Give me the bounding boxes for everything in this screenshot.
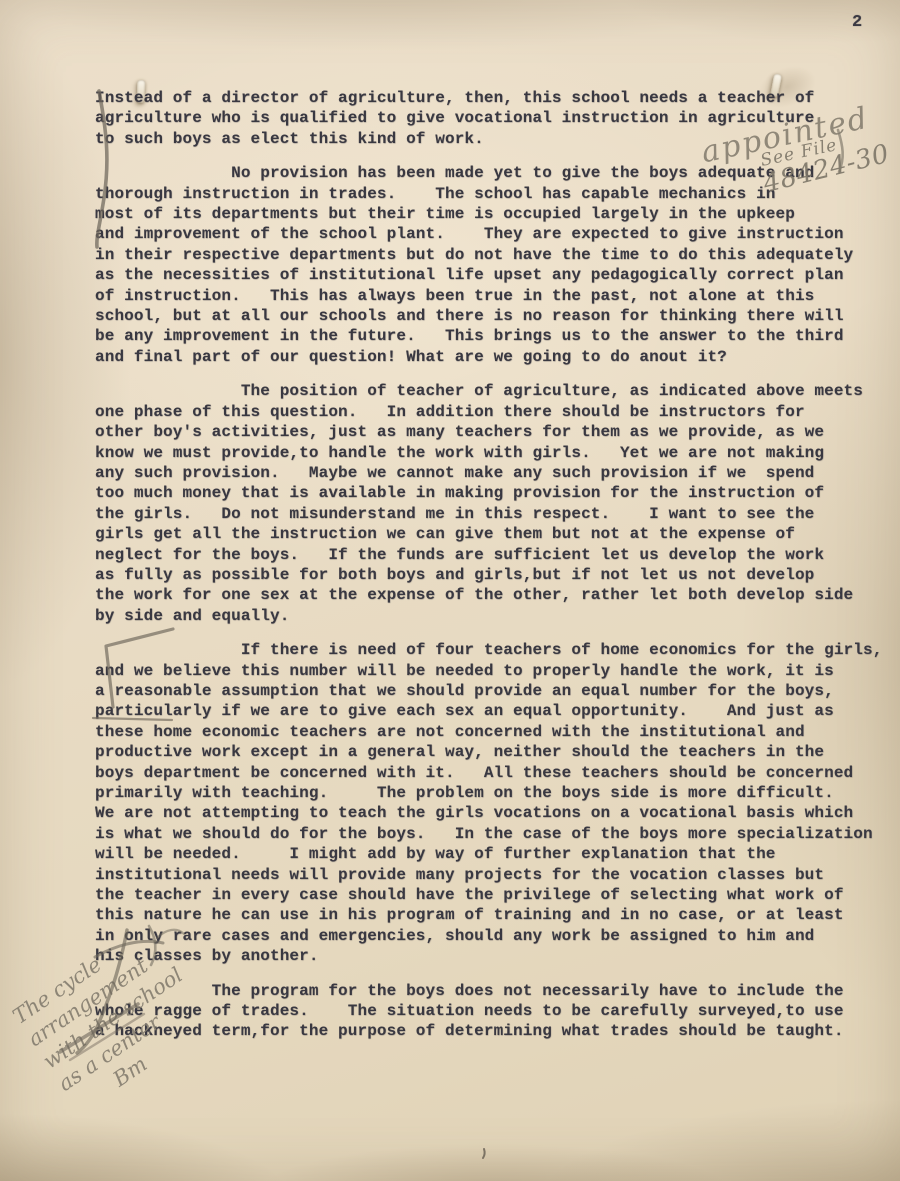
text-line: any such provision. Maybe we cannot make…	[95, 463, 885, 483]
text-line: We are not attempting to teach the girls…	[95, 803, 885, 823]
text-line: will be needed. I might add by way of fu…	[95, 844, 885, 864]
text-line: particularly if we are to give each sex …	[95, 701, 885, 721]
text-line: If there is need of four teachers of hom…	[95, 640, 885, 660]
text-line: and we believe this number will be neede…	[95, 661, 885, 681]
text-line: as fully as possible for both boys and g…	[95, 565, 885, 585]
ink-speck	[483, 1149, 485, 1158]
text-line: school, but at all our schools and there…	[95, 306, 885, 326]
text-line: institutional needs will provide many pr…	[95, 865, 885, 885]
paragraph: The position of teacher of agriculture, …	[95, 381, 885, 626]
text-line: be any improvement in the future. This b…	[95, 326, 885, 346]
text-line: boys department be concerned with it. Al…	[95, 763, 885, 783]
text-line: one phase of this question. In addition …	[95, 402, 885, 422]
text-line: these home economic teachers are not con…	[95, 722, 885, 742]
page-number: 2	[852, 13, 862, 33]
text-line: most of its departments but their time i…	[95, 204, 885, 224]
text-line: in their respective departments but do n…	[95, 245, 885, 265]
text-line: neglect for the boys. If the funds are s…	[95, 545, 885, 565]
text-line: a reasonable assumption that we should p…	[95, 681, 885, 701]
text-line: primarily with teaching. The problem on …	[95, 783, 885, 803]
text-line: as the necessities of institutional life…	[95, 265, 885, 285]
text-line: Instead of a director of agriculture, th…	[95, 88, 885, 108]
text-line: by side and equally.	[95, 606, 885, 626]
text-line: The position of teacher of agriculture, …	[95, 381, 885, 401]
typewritten-text: Instead of a director of agriculture, th…	[95, 88, 885, 1042]
text-line: and improvement of the school plant. The…	[95, 224, 885, 244]
document-page: 2 Instead of a director of agriculture, …	[0, 0, 900, 1181]
text-line: is what we should do for the boys. In th…	[95, 824, 885, 844]
text-line: know we must provide,to handle the work …	[95, 443, 885, 463]
text-line: productive work except in a general way,…	[95, 742, 885, 762]
text-line: and final part of our question! What are…	[95, 347, 885, 367]
text-line: too much money that is available in maki…	[95, 483, 885, 503]
text-line: other boy's activities, just as many tea…	[95, 422, 885, 442]
text-line: girls get all the instruction we can giv…	[95, 524, 885, 544]
text-line: of instruction. This has always been tru…	[95, 286, 885, 306]
text-line: the work for one sex at the expense of t…	[95, 585, 885, 605]
text-line: the girls. Do not misunderstand me in th…	[95, 504, 885, 524]
